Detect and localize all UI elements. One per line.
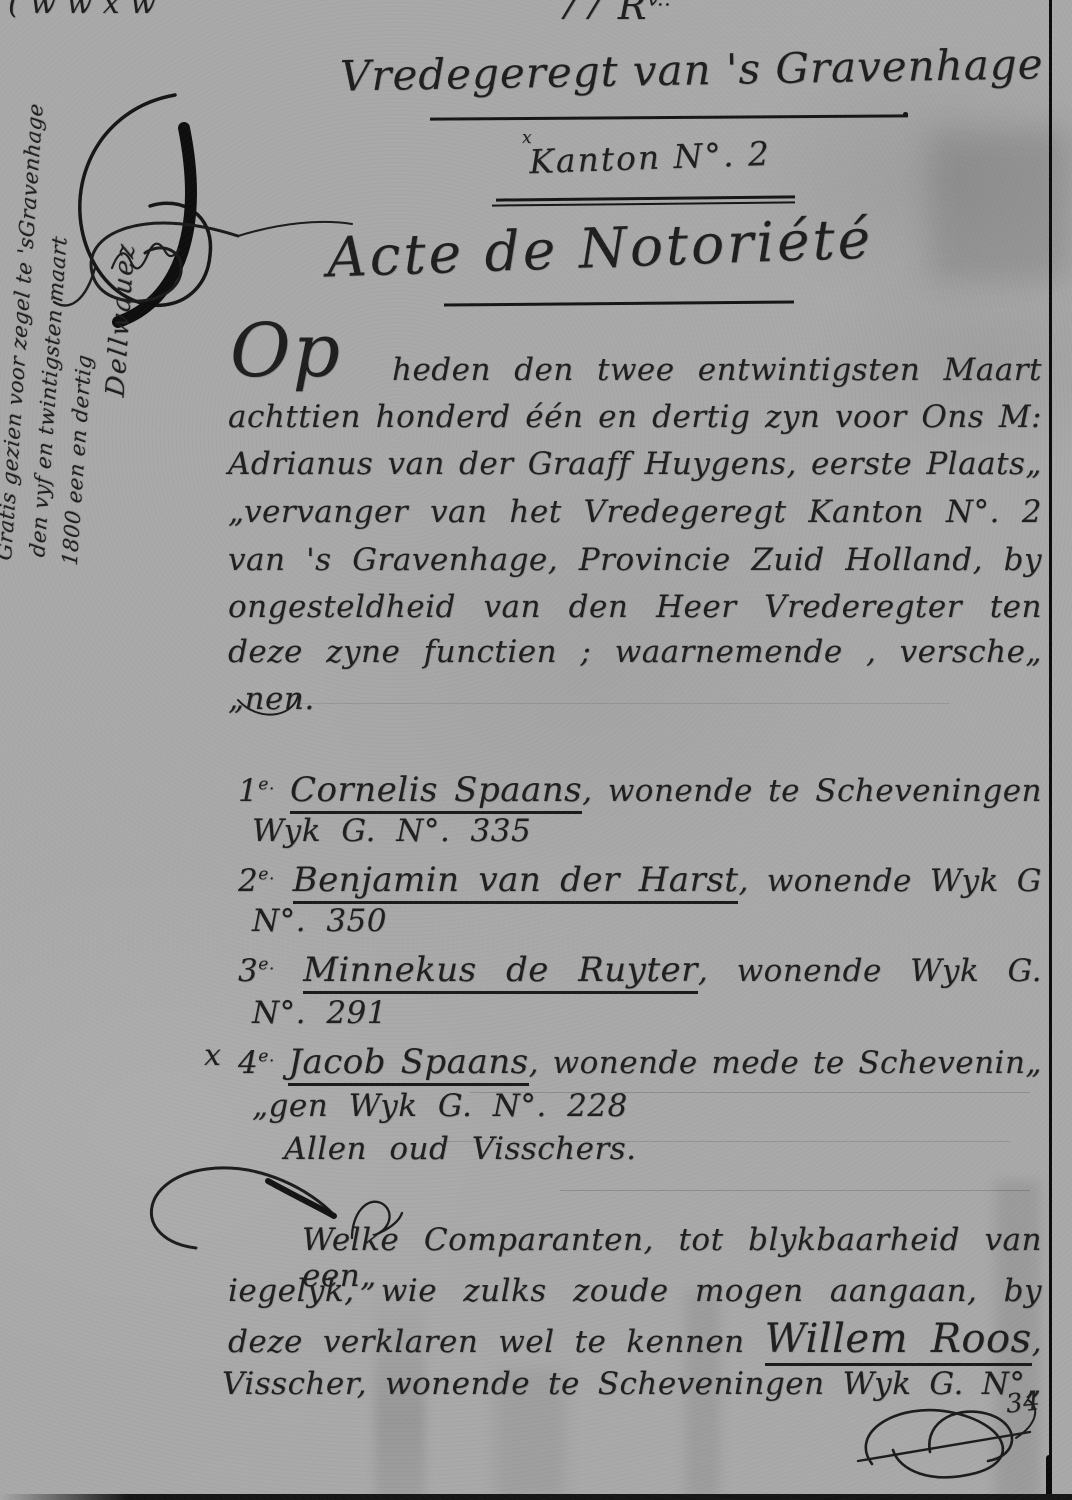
- body-line: ongesteldheid van den Heer Vrederegter t…: [228, 589, 1042, 625]
- comparant-name: Minnekus de Ruyter: [303, 950, 698, 994]
- list-item-line: 2e. Benjamin van der Harst, wonende Wyk …: [238, 860, 1042, 900]
- list-item-rest: , wonende te Scheveningen: [582, 773, 1042, 809]
- page-number: 34: [1005, 1386, 1042, 1419]
- act-title-underline: [444, 300, 794, 306]
- closing-line-post: ,: [1032, 1324, 1042, 1360]
- list-item-address: Wyk G. N°. 335: [252, 813, 531, 849]
- canton-double-underline-1: [496, 195, 795, 201]
- court-title-underline: [430, 114, 908, 120]
- list-item-address: N°. 350: [252, 903, 387, 939]
- list-item-number: 4e.: [238, 1045, 275, 1081]
- canton-double-underline-2: [492, 201, 795, 206]
- list-item-cross-mark: x: [204, 1038, 221, 1073]
- body-line: heden den twee entwintigsten Maart: [392, 352, 1042, 388]
- body-line: „nen.: [228, 681, 315, 717]
- list-item-number: 2e.: [238, 863, 275, 899]
- welke-lead-thick: [268, 1181, 334, 1216]
- act-title: Acte de Notoriété: [254, 204, 946, 292]
- bottom-paraph-loop2: [929, 1412, 1012, 1461]
- declared-name: Willem Roos: [765, 1316, 1032, 1366]
- margin-annotation: Gratis gezien voor zegel te 'sGravenhage…: [0, 0, 176, 579]
- bottom-paraph-cross: [858, 1432, 1030, 1461]
- scanned-document-page: ( w w x w 77 Rv.. Gratis gezien voor zeg…: [0, 0, 1072, 1500]
- closing-line: iegelyk, wie zulks zoude mogen aangaan, …: [228, 1273, 1042, 1309]
- closing-line: Visscher, wonende te Scheveningen Wyk G.…: [222, 1366, 1042, 1402]
- list-item-rest: , wonende Wyk G: [738, 863, 1042, 899]
- closing-line: deze verklaren wel te kennen Willem Roos…: [228, 1316, 1042, 1362]
- list-item-address: „gen Wyk G. N°. 228: [252, 1088, 628, 1124]
- top-center-cut-fragment: 77 Rv..: [556, 0, 671, 28]
- court-title: Vredegeregt van 's Gravenhage: [340, 40, 981, 100]
- page-edge-blot: [1046, 1455, 1052, 1497]
- list-item-number: 3e.: [238, 953, 275, 989]
- comparant-name: Cornelis Spaans: [290, 770, 582, 814]
- bottom-paraph-loop1: [866, 1410, 1003, 1477]
- list-item-line: 3e. Minnekus de Ruyter, wonende Wyk G.: [238, 950, 1042, 990]
- body-line: deze zyne functien ; waarnemende , versc…: [228, 634, 1042, 670]
- page-edge-line-right: [1049, 0, 1052, 1500]
- page-edge-line-bottom: [0, 1494, 1072, 1500]
- comparant-name: Benjamin van der Harst: [293, 860, 739, 904]
- body-line: Adrianus van der Graaff Huygens, eerste …: [228, 446, 1042, 482]
- list-item-number: 1e.: [238, 773, 275, 809]
- closing-line-pre: deze verklaren wel te kennen: [228, 1324, 765, 1360]
- body-line: achttien honderd één en dertig zyn voor …: [228, 399, 1042, 435]
- body-line: van 's Gravenhage, Provincie Zuid Hollan…: [228, 542, 1042, 578]
- body-line: „vervanger van het Vredegeregt Kanton N°…: [228, 494, 1042, 530]
- comparant-name: Jacob Spaans: [288, 1042, 528, 1086]
- faint-guideline: [560, 1190, 1030, 1191]
- top-center-text: 77 R: [556, 0, 647, 28]
- list-item-line: 4e. Jacob Spaans, wonende mede te Scheve…: [238, 1042, 1042, 1082]
- faint-guideline: [300, 703, 950, 704]
- list-item-line: 1e. Cornelis Spaans, wonende te Scheveni…: [238, 770, 1042, 810]
- drop-initial: Op: [230, 308, 342, 394]
- court-title-underline-dot: [903, 112, 908, 116]
- top-center-superscript: v..: [647, 0, 671, 10]
- list-item-rest: , wonende mede te Schevenin„: [529, 1045, 1042, 1081]
- list-footer: Allen oud Visschers.: [284, 1131, 637, 1167]
- list-item-rest: , wonende Wyk G.: [698, 953, 1042, 989]
- list-item-address: N°. 291: [252, 995, 387, 1031]
